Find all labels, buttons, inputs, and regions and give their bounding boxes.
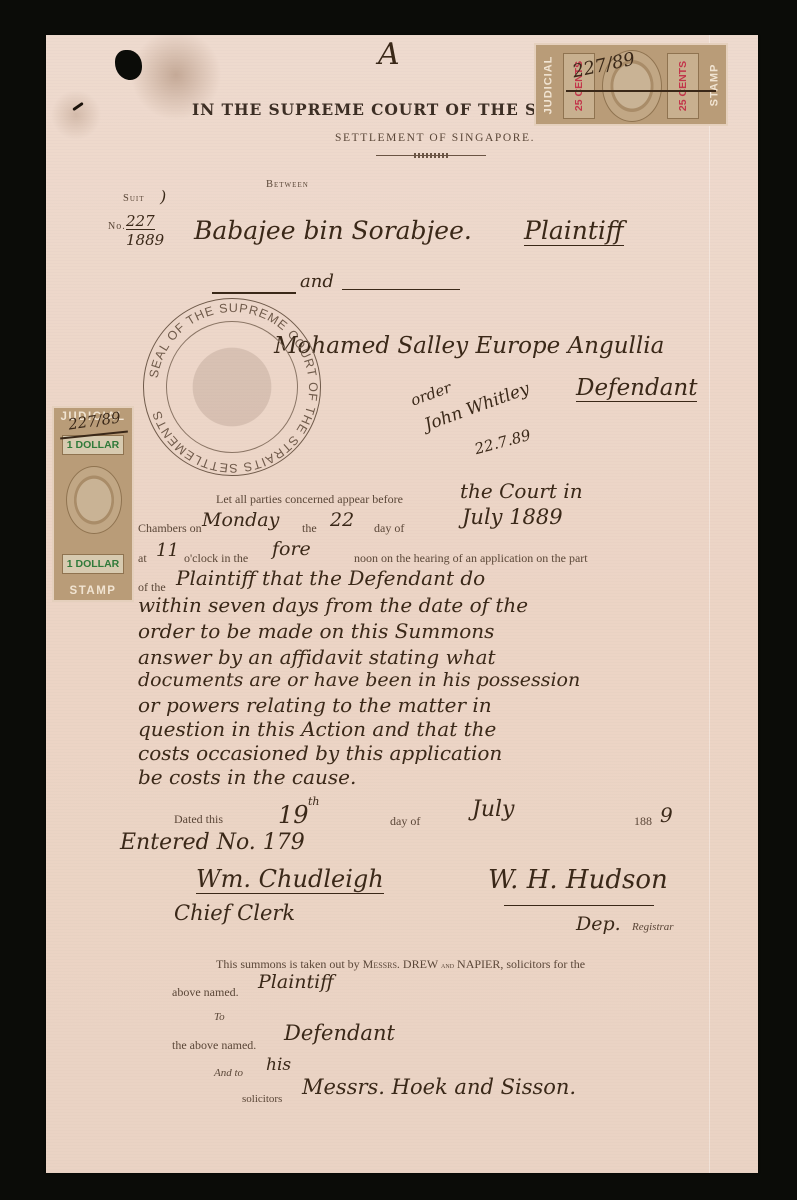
defendant-name: Mohamed Salley Europe Angullia	[274, 333, 664, 359]
registrar-signature: W. H. Hudson	[488, 865, 668, 895]
clerk-title: Chief Clerk	[174, 901, 295, 925]
queen-portrait-icon	[66, 466, 122, 534]
hour: 11	[156, 540, 179, 561]
stamp-label-judicial: JUDICIAL	[542, 55, 554, 114]
firm-name: DREW	[403, 957, 438, 971]
judicial-stamp-25-cents: JUDICIAL 25 CENTS 25 CENTS STAMP 227/89	[534, 43, 728, 126]
paper-hole	[115, 50, 142, 80]
dated-day-of-label: day of	[390, 814, 420, 829]
judicial-stamp-1-dollar: JUDICIAL 1 DOLLAR 1 DOLLAR STAMP 227/89	[52, 406, 134, 602]
firm-name: NAPIER,	[457, 957, 503, 971]
above-named-fill: Plaintiff	[258, 971, 334, 993]
dated-day-suffix: th	[308, 795, 320, 808]
suit-number: 227	[126, 213, 155, 230]
stamp-label-stamp: STAMP	[57, 583, 129, 599]
defendant-role: Defendant	[576, 375, 697, 402]
chambers-label: Chambers on	[138, 521, 202, 536]
dated-year-prefix: 188	[634, 814, 652, 829]
weekday: Monday	[202, 509, 279, 531]
between-label: Between	[266, 179, 309, 190]
the-label: the	[302, 521, 317, 536]
order-note-word: order	[408, 378, 453, 409]
application-line: documents are or have been in his posses…	[138, 669, 580, 691]
court-title: IN THE SUPREME COURT OF THE STRAI	[192, 100, 584, 119]
the-above-named-fill: Defendant	[284, 1021, 395, 1045]
entered-number: Entered No. 179	[120, 830, 305, 855]
paper-tear	[72, 102, 84, 111]
application-line: costs occasioned by this application	[138, 741, 502, 765]
registrar-prefix: Dep.	[576, 913, 621, 935]
day: 22	[330, 509, 354, 531]
dated-label: Dated this	[174, 812, 223, 827]
stamp-cancel-line	[566, 90, 716, 92]
above-named-label: above named.	[172, 985, 239, 1000]
at-label: at	[138, 551, 147, 566]
application-line: question in this Action and that the	[138, 717, 496, 741]
dated-year-digit: 9	[660, 803, 673, 827]
the-above-named-label: the above named.	[172, 1038, 256, 1053]
fore-fill: fore	[272, 538, 311, 560]
appear-prefix: Let all parties concerned appear before	[216, 492, 403, 507]
annotation-letter: A	[378, 37, 400, 72]
appear-fill: the Court in	[460, 479, 583, 503]
to-label: To	[214, 1011, 225, 1023]
paper-fold	[709, 35, 710, 1173]
month-year: July 1889	[462, 505, 563, 529]
oclock-label: o'clock in the	[184, 551, 248, 566]
suit-label: Suit	[123, 193, 145, 204]
solicitors-label: solicitors	[242, 1093, 282, 1105]
court-summons-document: A IN THE SUPREME COURT OF THE STRAI SETT…	[46, 35, 758, 1173]
application-line: answer by an affidavit stating what	[138, 645, 496, 669]
and-label: and	[300, 271, 334, 292]
registrar-label: Registrar	[632, 921, 674, 933]
solicitors-fill: Messrs. Hoek and Sisson.	[302, 1075, 576, 1099]
plaintiff-name: Babajee bin Sorabjee.	[194, 216, 472, 245]
royal-coat-of-arms-icon	[186, 341, 278, 433]
day-of-label: day of	[374, 521, 404, 536]
stamp-label-stamp: STAMP	[708, 63, 720, 106]
order-note-date: 22.7.89	[473, 426, 533, 458]
stamp-value: 1 DOLLAR	[62, 554, 124, 574]
application-line: Plaintiff that the Defendant do	[176, 566, 485, 590]
dated-month: July	[472, 797, 514, 822]
suit-no-label: No.	[108, 221, 126, 232]
application-line: be costs in the cause.	[138, 765, 356, 789]
ornament-divider	[376, 153, 486, 159]
clerk-signature: Wm. Chudleigh	[196, 865, 384, 894]
suit-year: 1889	[126, 231, 164, 249]
application-line: within seven days from the date of the	[138, 593, 528, 617]
court-seal: SEAL OF THE SUPREME COURT OF THE STRAITS…	[143, 298, 321, 476]
court-subtitle: SETTLEMENT OF SINGAPORE.	[335, 132, 535, 144]
application-line: order to be made on this Summons	[138, 619, 494, 643]
stamp-value: 25 CENTS	[677, 61, 689, 111]
and-to-fill: his	[266, 1055, 291, 1075]
stamp-value: 1 DOLLAR	[62, 435, 124, 455]
plaintiff-role: Plaintiff	[524, 216, 624, 246]
dated-day: 19	[278, 801, 309, 829]
noon-text: noon on the hearing of an application on…	[354, 551, 588, 566]
and-to-label: And to	[214, 1067, 243, 1079]
application-line: or powers relating to the matter in	[138, 693, 492, 717]
taken-out-line: This summons is taken out by Messrs. DRE…	[216, 957, 585, 972]
